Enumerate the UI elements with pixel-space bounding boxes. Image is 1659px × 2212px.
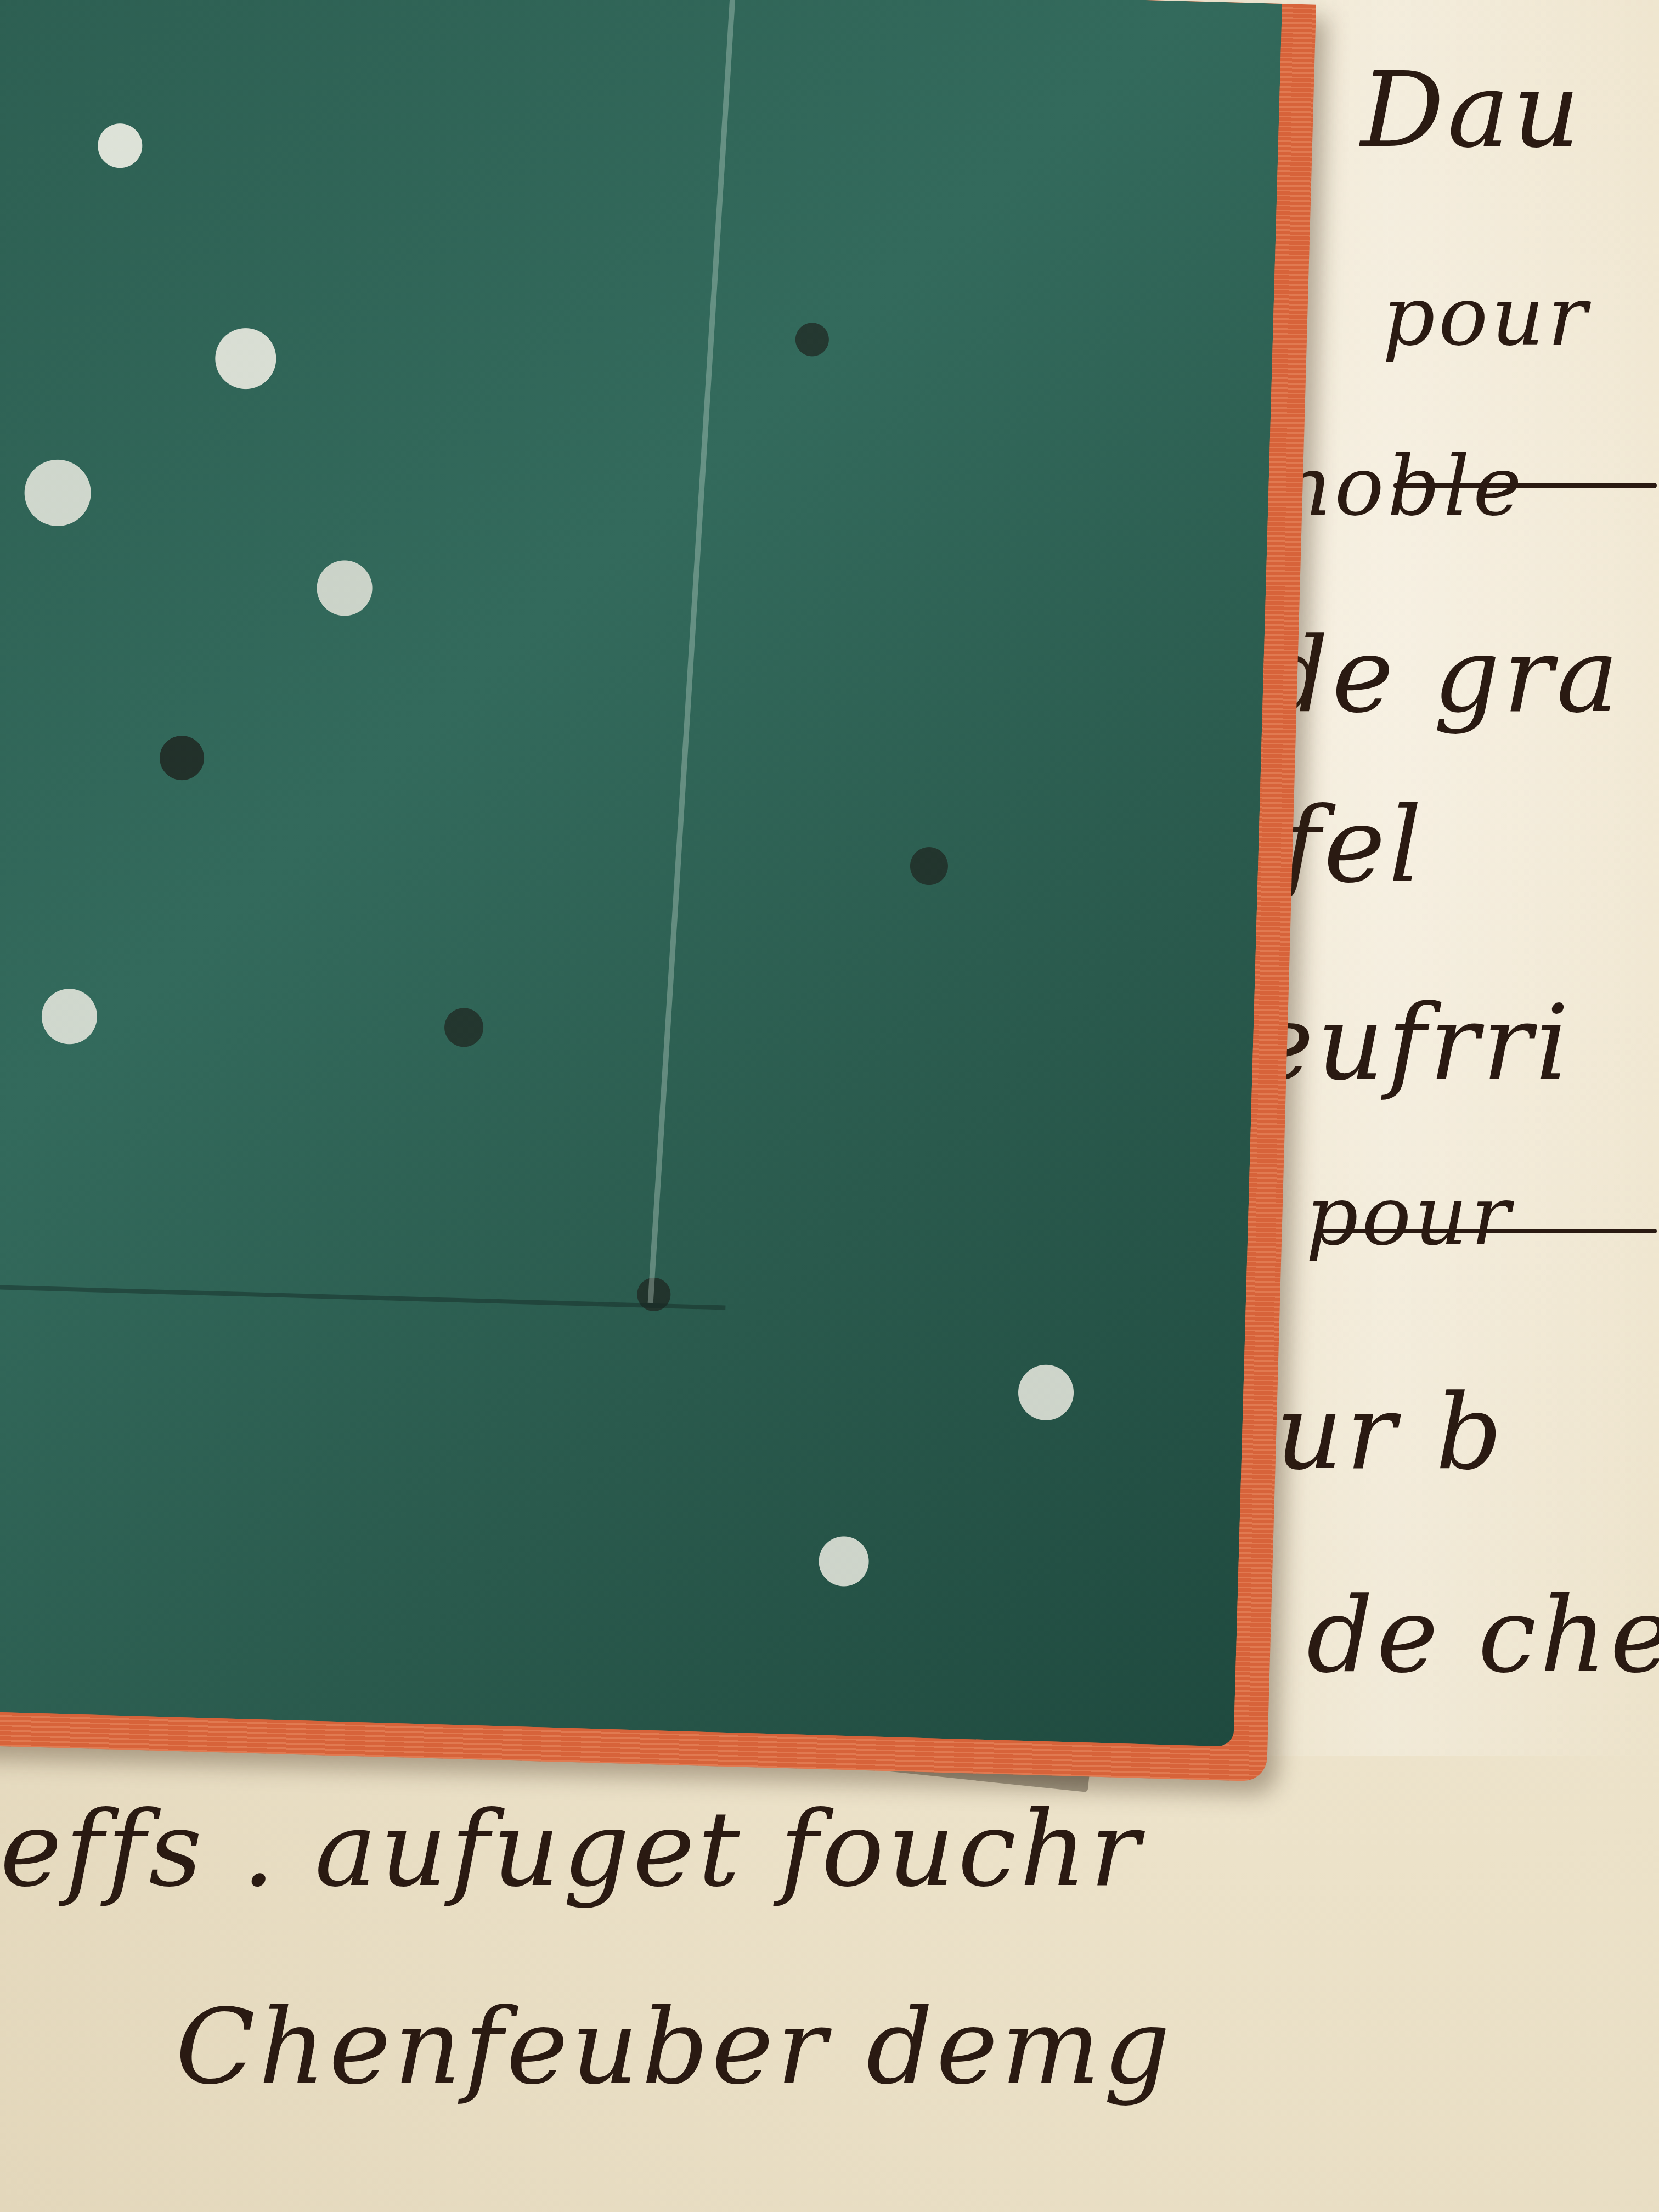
turn-in-line: [0, 1283, 725, 1310]
manuscript-line: Chenfeuber demg: [176, 1986, 1173, 2107]
manuscript-word: pour: [1306, 1169, 1514, 1264]
photo-scene: Dau pour noble de gra ffel Jeufrri pour …: [0, 0, 1659, 2212]
book-cover: [0, 0, 1316, 1781]
manuscript-line: effs . aufuget fouchr: [0, 1788, 1143, 1910]
manuscript-word: Dau: [1361, 49, 1583, 171]
ink-flourish: [1393, 483, 1657, 488]
ink-flourish: [1317, 1229, 1657, 1233]
manuscript-word: pour: [1383, 269, 1590, 364]
green-floral-paste-paper: [0, 0, 1282, 1747]
manuscript-word: de gra: [1262, 614, 1622, 736]
crease-line: [648, 0, 736, 1303]
